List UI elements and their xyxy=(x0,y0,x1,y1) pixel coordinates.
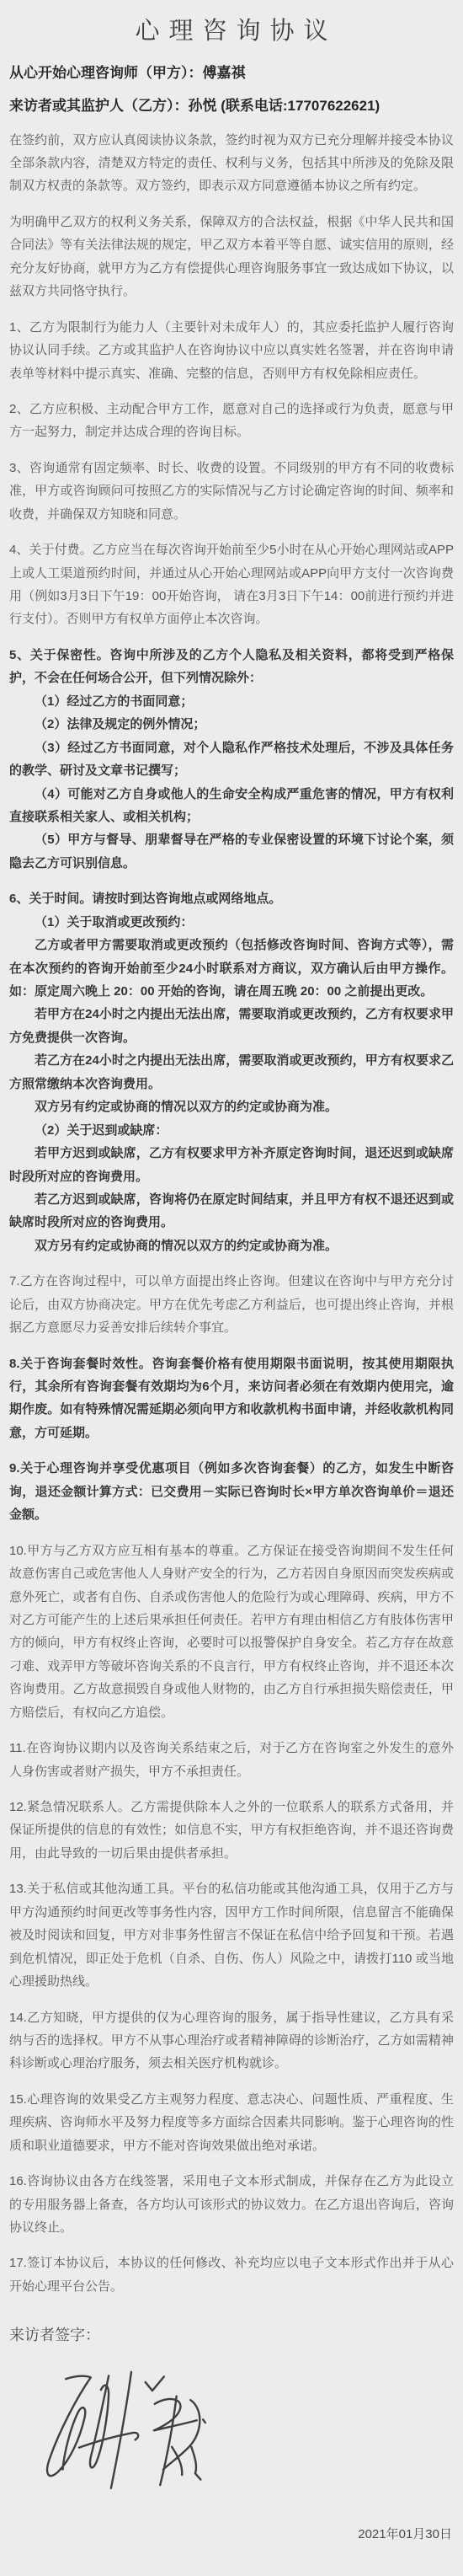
paragraph-31: 15.心理咨询的效果受乙方主观努力程度、意志决心、问题性质、严重程度、生理疾病、… xyxy=(9,2088,454,2157)
paragraph-10: （3）经过乙方书面同意，对个人隐私作严格技术处理后，不涉及具体任务的教学、研讨及… xyxy=(9,736,454,783)
paragraph-26: 10.甲方与乙方双方应互相有基本的尊重。乙方保证在接受咨询期间不发生任何故意伤害… xyxy=(9,1540,454,1725)
paragraph-7: 5、关于保密性。咨询中所涉及的乙方个人隐私及相关资料，都将受到严格保护，不会在任… xyxy=(9,644,454,690)
page-title: 心理咨询协议 xyxy=(9,12,454,46)
paragraph-15: 乙方或者甲方需要取消或更改预约（包括修改咨询时间、咨询方式等），需在本次预约的咨… xyxy=(9,934,454,1003)
signature-area xyxy=(9,2352,454,2525)
paragraph-16: 若甲方在24小时之内提出无法出席，需要取消或更改预约，乙方有权要求甲方免费提供一… xyxy=(9,1003,454,1049)
paragraph-25: 9.关于心理咨询并享受优惠项目（例如多次咨询套餐）的乙方，如发生中断咨询，退还金… xyxy=(9,1457,454,1526)
paragraph-2: 为明确甲乙双方的权利义务关系，保障双方的合法权益，根据《中华人民共和国合同法》等… xyxy=(9,211,454,303)
party-a-line: 从心开始心理咨询师（甲方）：傅嘉祺 xyxy=(9,63,454,83)
agreement-document: 心理咨询协议 从心开始心理咨询师（甲方）：傅嘉祺 来访者或其监护人（乙方）：孙悦… xyxy=(0,0,463,2576)
paragraph-27: 11.在咨询协议期内以及咨询关系结束之后，对于乙方在咨询室之外发生的意外人身伤害… xyxy=(9,1737,454,1783)
paragraph-19: （2）关于迟到或缺席： xyxy=(9,1119,454,1142)
paragraph-18: 双方另有约定或协商的情况以双方的约定或协商为准。 xyxy=(9,1095,454,1118)
paragraph-30: 14.乙方知晓，甲方提供的仅为心理咨询的服务，属于指导性建议，乙方具有采纳与否的… xyxy=(9,2006,454,2075)
paragraph-9: （2）法律及规定的例外情况； xyxy=(9,713,454,736)
party-b-line: 来访者或其监护人（乙方）：孙悦 (联系电话:17707622621) xyxy=(9,96,454,116)
paragraph-21: 若乙方迟到或缺席，咨询将仍在原定时间结束，并且甲方有权不退还迟到或缺席时段所对应… xyxy=(9,1188,454,1234)
paragraph-20: 若甲方迟到或缺席，乙方有权要求甲方补齐原定咨询时间，退还迟到或缺席时段所对应的咨… xyxy=(9,1142,454,1188)
paragraph-8: （1）经过乙方的书面同意； xyxy=(9,690,454,713)
paragraph-33: 17.签订本协议后，本协议的任何修改、补充均应以电子文本形式作出并于从心开始心理… xyxy=(9,2252,454,2298)
handwritten-signature-icon xyxy=(36,2354,247,2514)
paragraph-4: 2、乙方应积极、主动配合甲方工作，愿意对自己的选择或行为负责，愿意与甲方一起努力… xyxy=(9,398,454,444)
paragraph-12: （5）甲方与督导、朋辈督导在严格的专业保密设置的环境下讨论个案，须隐去乙方可识别… xyxy=(9,828,454,875)
paragraph-32: 16.咨询协议由各方在线签署，采用电子文本形式制成，并保存在乙方为此设立的专用服… xyxy=(9,2170,454,2239)
paragraph-23: 7.乙方在咨询过程中，可以单方面提出终止咨询。但建议在咨询中与甲方充分讨论后，由… xyxy=(9,1270,454,1339)
paragraph-1: 在签约前，双方应认真阅读协议条款，签约时视为双方已充分理解并接受本协议全部条款内… xyxy=(9,129,454,198)
paragraph-14: （1）关于取消或更改预约： xyxy=(9,911,454,934)
paragraph-28: 12.紧急情况联系人。乙方需提供除本人之外的一位联系人的联系方式备用，并保证所提… xyxy=(9,1796,454,1865)
paragraph-6: 4、关于付费。乙方应当在每次咨询开始前至少5小时在从心开始心理网站或APP上或人… xyxy=(9,538,454,631)
paragraph-22: 双方另有约定或协商的情况以双方的约定或协商为准。 xyxy=(9,1234,454,1257)
paragraph-24: 8.关于咨询套餐时效性。咨询套餐价格有使用期限书面说明，按其使用期限执行，其余所… xyxy=(9,1352,454,1445)
paragraph-5: 3、咨询通常有固定频率、时长、收费的设置。不同级别的甲方有不同的收费标准，甲方或… xyxy=(9,457,454,526)
paragraph-13: 6、关于时间。请按时到达咨询地点或网络地点。 xyxy=(9,887,454,910)
document-body: 在签约前，双方应认真阅读协议条款，签约时视为双方已充分理解并接受本协议全部条款内… xyxy=(9,129,454,2299)
paragraph-11: （4）可能对乙方自身或他人的生命安全构成严重危害的情况，甲方有权利直接联系相关家… xyxy=(9,783,454,829)
signature-label: 来访者签字： xyxy=(9,2323,454,2345)
paragraph-3: 1、乙方为限制行为能力人（主要针对未成年人）的，其应委托监护人履行咨询协议认同手… xyxy=(9,316,454,385)
signing-date: 2021年01月30日 xyxy=(9,2525,454,2542)
paragraph-17: 若乙方在24小时之内提出无法出席，需要取消或更改预约，甲方有权要求乙方照常缴纳本… xyxy=(9,1049,454,1095)
paragraph-29: 13.关于私信或其他沟通工具。平台的私信功能或其他沟通工具，仅用于乙方与甲方沟通… xyxy=(9,1877,454,1993)
